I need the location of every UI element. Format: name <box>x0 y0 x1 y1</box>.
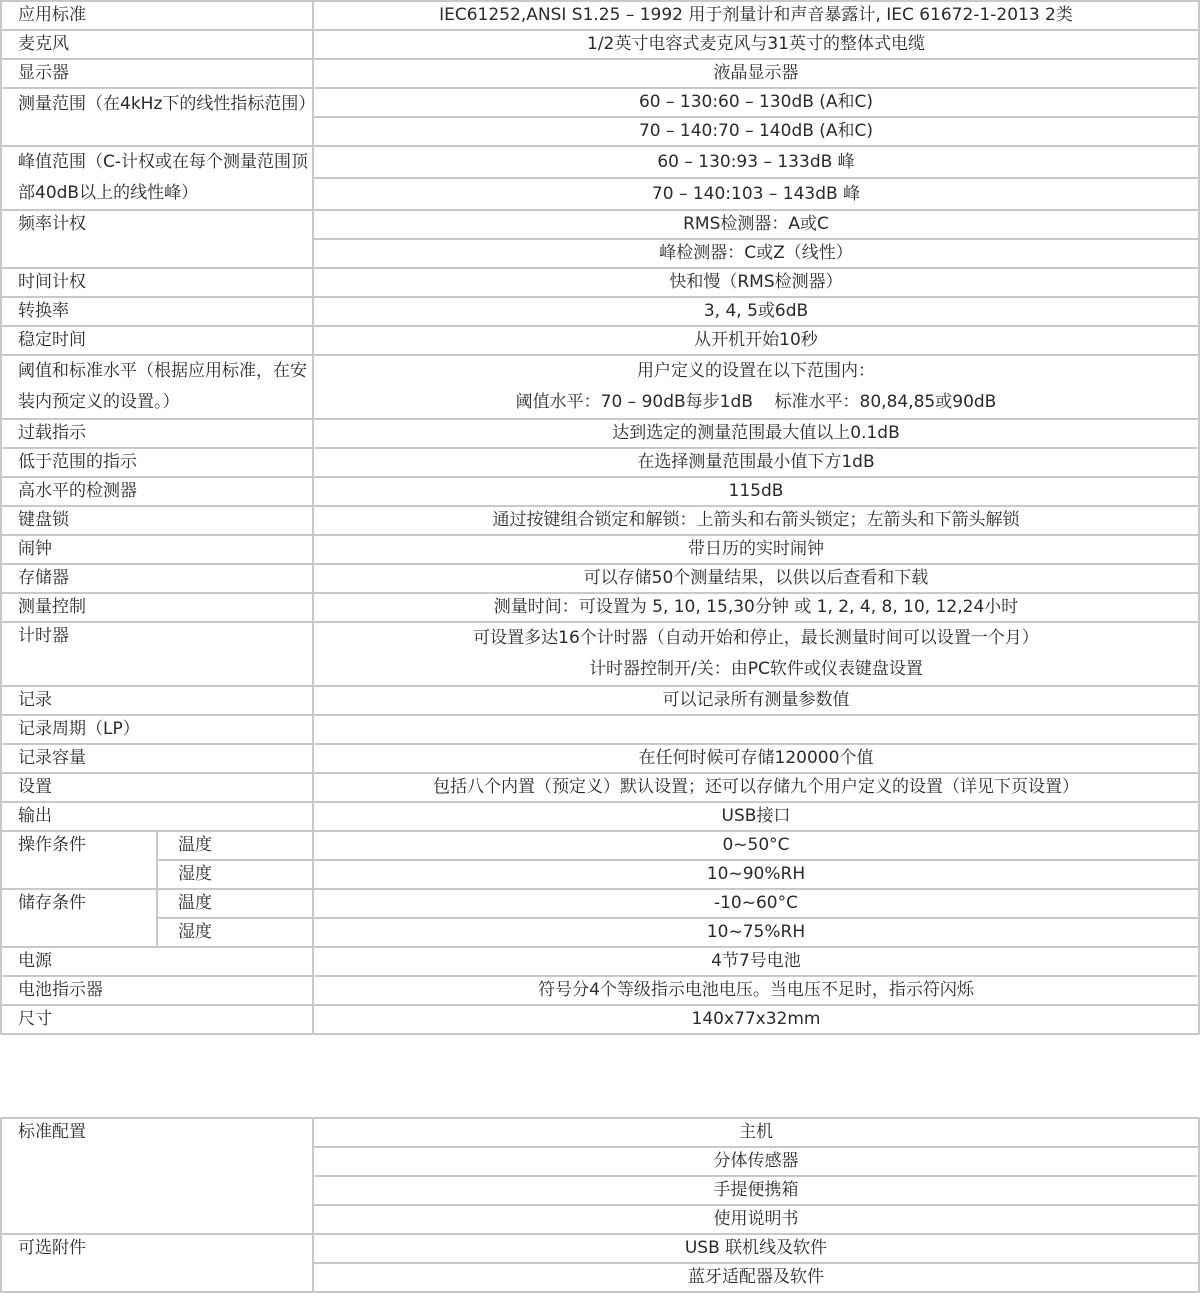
row-label: 记录容量 <box>1 744 313 773</box>
table-row: 过载指示 达到选定的测量范围最大值以上0.1dB <box>1 419 1199 448</box>
row-label: 显示器 <box>1 59 313 88</box>
specifications-table: 应用标准 IEC61252,ANSI S1.25 – 1992 用于剂量计和声音… <box>0 0 1200 1035</box>
row-value: 在任何时候可存储120000个值 <box>313 744 1199 773</box>
accessory-item: 分体传感器 <box>313 1147 1199 1176</box>
table-row: 测量控制 测量时间：可设置为 5, 10, 15,30分钟 或 1, 2, 4,… <box>1 593 1199 622</box>
condition-group-label: 储存条件 <box>1 889 157 947</box>
accessory-item: 蓝牙适配器及软件 <box>313 1263 1199 1292</box>
table-row: 电池指示器 符号分4个等级指示电池电压。当电压不足时，指示符闪烁 <box>1 976 1199 1005</box>
condition-group-label: 操作条件 <box>1 831 157 889</box>
accessory-rows: 标准配置 主机 分体传感器 手提便携箱 使用说明书 可选附件 USB 联机线及软… <box>1 1118 1199 1292</box>
value-line: 计时器控制开/关：由PC软件或仪表键盘设置 <box>314 654 1198 685</box>
row-label: 尺寸 <box>1 1005 313 1034</box>
value-line: 阈值水平：70 – 90dB每步1dB 标准水平：80,84,85或90dB <box>314 387 1198 418</box>
row-value: 115dB <box>313 477 1199 506</box>
table-row: 记录 可以记录所有测量参数值 <box>1 686 1199 715</box>
row-value: -10~60°C <box>313 889 1199 918</box>
row-value: 60 – 130:93 – 133dB 峰 <box>313 146 1199 178</box>
table-row: 低于范围的指示 在选择测量范围最小值下方1dB <box>1 448 1199 477</box>
row-label: 转换率 <box>1 297 313 326</box>
table-row: 操作条件 温度 0~50°C <box>1 831 1199 860</box>
row-label: 记录 <box>1 686 313 715</box>
row-label: 稳定时间 <box>1 326 313 355</box>
table-row: 键盘锁 通过按键组合锁定和解锁：上箭头和右箭头锁定；左箭头和下箭头解锁 <box>1 506 1199 535</box>
table-row: 麦克风 1/2英寸电容式麦克风与31英寸的整体式电缆 <box>1 30 1199 59</box>
row-label: 应用标准 <box>1 1 313 30</box>
condition-sub-label: 温度 <box>157 831 313 860</box>
row-label: 键盘锁 <box>1 506 313 535</box>
row-value: 在选择测量范围最小值下方1dB <box>313 448 1199 477</box>
row-value: 从开机开始10秒 <box>313 326 1199 355</box>
row-value-multiline: 可设置多达16个计时器（自动开始和停止，最长测量时间可以设置一个月） 计时器控制… <box>313 622 1199 686</box>
row-value: 测量时间：可设置为 5, 10, 15,30分钟 或 1, 2, 4, 8, 1… <box>313 593 1199 622</box>
row-label: 频率计权 <box>1 210 313 268</box>
row-label: 峰值范围（C-计权或在每个测量范围顶部40dB以上的线性峰） <box>1 146 313 210</box>
table-row: 存储器 可以存储50个测量结果，以供以后查看和下载 <box>1 564 1199 593</box>
row-value: 快和慢（RMS检测器） <box>313 268 1199 297</box>
row-value: 峰检测器：C或Z（线性） <box>313 239 1199 268</box>
table-row: 输出 USB接口 <box>1 802 1199 831</box>
row-value: 带日历的实时闹钟 <box>313 535 1199 564</box>
row-label: 电池指示器 <box>1 976 313 1005</box>
row-value: 可以存储50个测量结果，以供以后查看和下载 <box>313 564 1199 593</box>
condition-sub-label: 湿度 <box>157 918 313 947</box>
table-row: 标准配置 主机 <box>1 1118 1199 1147</box>
row-label: 存储器 <box>1 564 313 593</box>
row-label: 麦克风 <box>1 30 313 59</box>
spec-rows: 应用标准 IEC61252,ANSI S1.25 – 1992 用于剂量计和声音… <box>1 1 1199 1034</box>
row-label: 高水平的检测器 <box>1 477 313 506</box>
row-value: 4节7号电池 <box>313 947 1199 976</box>
table-row: 阈值和标准水平（根据应用标准，在安装内预定义的设置。） 用户定义的设置在以下范围… <box>1 355 1199 419</box>
row-value: IEC61252,ANSI S1.25 – 1992 用于剂量计和声音暴露计, … <box>313 1 1199 30</box>
accessory-item: 使用说明书 <box>313 1205 1199 1234</box>
accessory-item: 主机 <box>313 1118 1199 1147</box>
table-row: 闹钟 带日历的实时闹钟 <box>1 535 1199 564</box>
row-value: 140x77x32mm <box>313 1005 1199 1034</box>
table-row: 转换率 3, 4, 5或6dB <box>1 297 1199 326</box>
row-label: 测量控制 <box>1 593 313 622</box>
row-value: 符号分4个等级指示电池电压。当电压不足时，指示符闪烁 <box>313 976 1199 1005</box>
value-line: 用户定义的设置在以下范围内： <box>314 356 1198 387</box>
value-line: 可设置多达16个计时器（自动开始和停止，最长测量时间可以设置一个月） <box>314 623 1198 654</box>
table-row: 时间计权 快和慢（RMS检测器） <box>1 268 1199 297</box>
row-value: 0~50°C <box>313 831 1199 860</box>
table-row: 测量范围（在4kHz下的线性指标范围） 60 – 130:60 – 130dB … <box>1 88 1199 117</box>
row-label: 电源 <box>1 947 313 976</box>
row-label: 测量范围（在4kHz下的线性指标范围） <box>1 88 313 146</box>
row-value: 1/2英寸电容式麦克风与31英寸的整体式电缆 <box>313 30 1199 59</box>
table-row: 记录周期（LP） <box>1 715 1199 744</box>
row-value: 可以记录所有测量参数值 <box>313 686 1199 715</box>
condition-sub-label: 温度 <box>157 889 313 918</box>
table-row: 频率计权 RMS检测器：A或C <box>1 210 1199 239</box>
row-label: 低于范围的指示 <box>1 448 313 477</box>
row-value: 通过按键组合锁定和解锁：上箭头和右箭头锁定；左箭头和下箭头解锁 <box>313 506 1199 535</box>
table-row: 应用标准 IEC61252,ANSI S1.25 – 1992 用于剂量计和声音… <box>1 1 1199 30</box>
row-value: RMS检测器：A或C <box>313 210 1199 239</box>
table-row: 湿度 10~90%RH <box>1 860 1199 889</box>
accessory-item: USB 联机线及软件 <box>313 1234 1199 1263</box>
condition-sub-label: 湿度 <box>157 860 313 889</box>
accessories-table: 标准配置 主机 分体传感器 手提便携箱 使用说明书 可选附件 USB 联机线及软… <box>0 1117 1200 1293</box>
row-value-multiline: 用户定义的设置在以下范围内： 阈值水平：70 – 90dB每步1dB 标准水平：… <box>313 355 1199 419</box>
row-label: 记录周期（LP） <box>1 715 313 744</box>
row-label: 时间计权 <box>1 268 313 297</box>
row-label: 过载指示 <box>1 419 313 448</box>
standard-config-label: 标准配置 <box>1 1118 313 1234</box>
row-value: 达到选定的测量范围最大值以上0.1dB <box>313 419 1199 448</box>
table-row: 可选附件 USB 联机线及软件 <box>1 1234 1199 1263</box>
table-row: 设置 包括八个内置（预定义）默认设置；还可以存储九个用户定义的设置（详见下页设置… <box>1 773 1199 802</box>
table-row: 计时器 可设置多达16个计时器（自动开始和停止，最长测量时间可以设置一个月） 计… <box>1 622 1199 686</box>
row-value: 70 – 140:70 – 140dB (A和C) <box>313 117 1199 146</box>
table-row: 湿度 10~75%RH <box>1 918 1199 947</box>
row-value: 3, 4, 5或6dB <box>313 297 1199 326</box>
optional-accessories-label: 可选附件 <box>1 1234 313 1292</box>
row-value: 包括八个内置（预定义）默认设置；还可以存储九个用户定义的设置（详见下页设置） <box>313 773 1199 802</box>
row-value: 液晶显示器 <box>313 59 1199 88</box>
row-label: 输出 <box>1 802 313 831</box>
row-value: 10~75%RH <box>313 918 1199 947</box>
row-value: USB接口 <box>313 802 1199 831</box>
row-value: 60 – 130:60 – 130dB (A和C) <box>313 88 1199 117</box>
table-row: 记录容量 在任何时候可存储120000个值 <box>1 744 1199 773</box>
table-row: 储存条件 温度 -10~60°C <box>1 889 1199 918</box>
row-value: 10~90%RH <box>313 860 1199 889</box>
row-label: 计时器 <box>1 622 313 686</box>
table-row: 峰值范围（C-计权或在每个测量范围顶部40dB以上的线性峰） 60 – 130:… <box>1 146 1199 178</box>
accessory-item: 手提便携箱 <box>313 1176 1199 1205</box>
row-label: 闹钟 <box>1 535 313 564</box>
row-label: 设置 <box>1 773 313 802</box>
row-value: 70 – 140:103 – 143dB 峰 <box>313 178 1199 210</box>
table-row: 稳定时间 从开机开始10秒 <box>1 326 1199 355</box>
table-row: 显示器 液晶显示器 <box>1 59 1199 88</box>
row-label: 阈值和标准水平（根据应用标准，在安装内预定义的设置。） <box>1 355 313 419</box>
table-row: 电源 4节7号电池 <box>1 947 1199 976</box>
table-row: 尺寸 140x77x32mm <box>1 1005 1199 1034</box>
table-row: 高水平的检测器 115dB <box>1 477 1199 506</box>
row-value <box>313 715 1199 744</box>
